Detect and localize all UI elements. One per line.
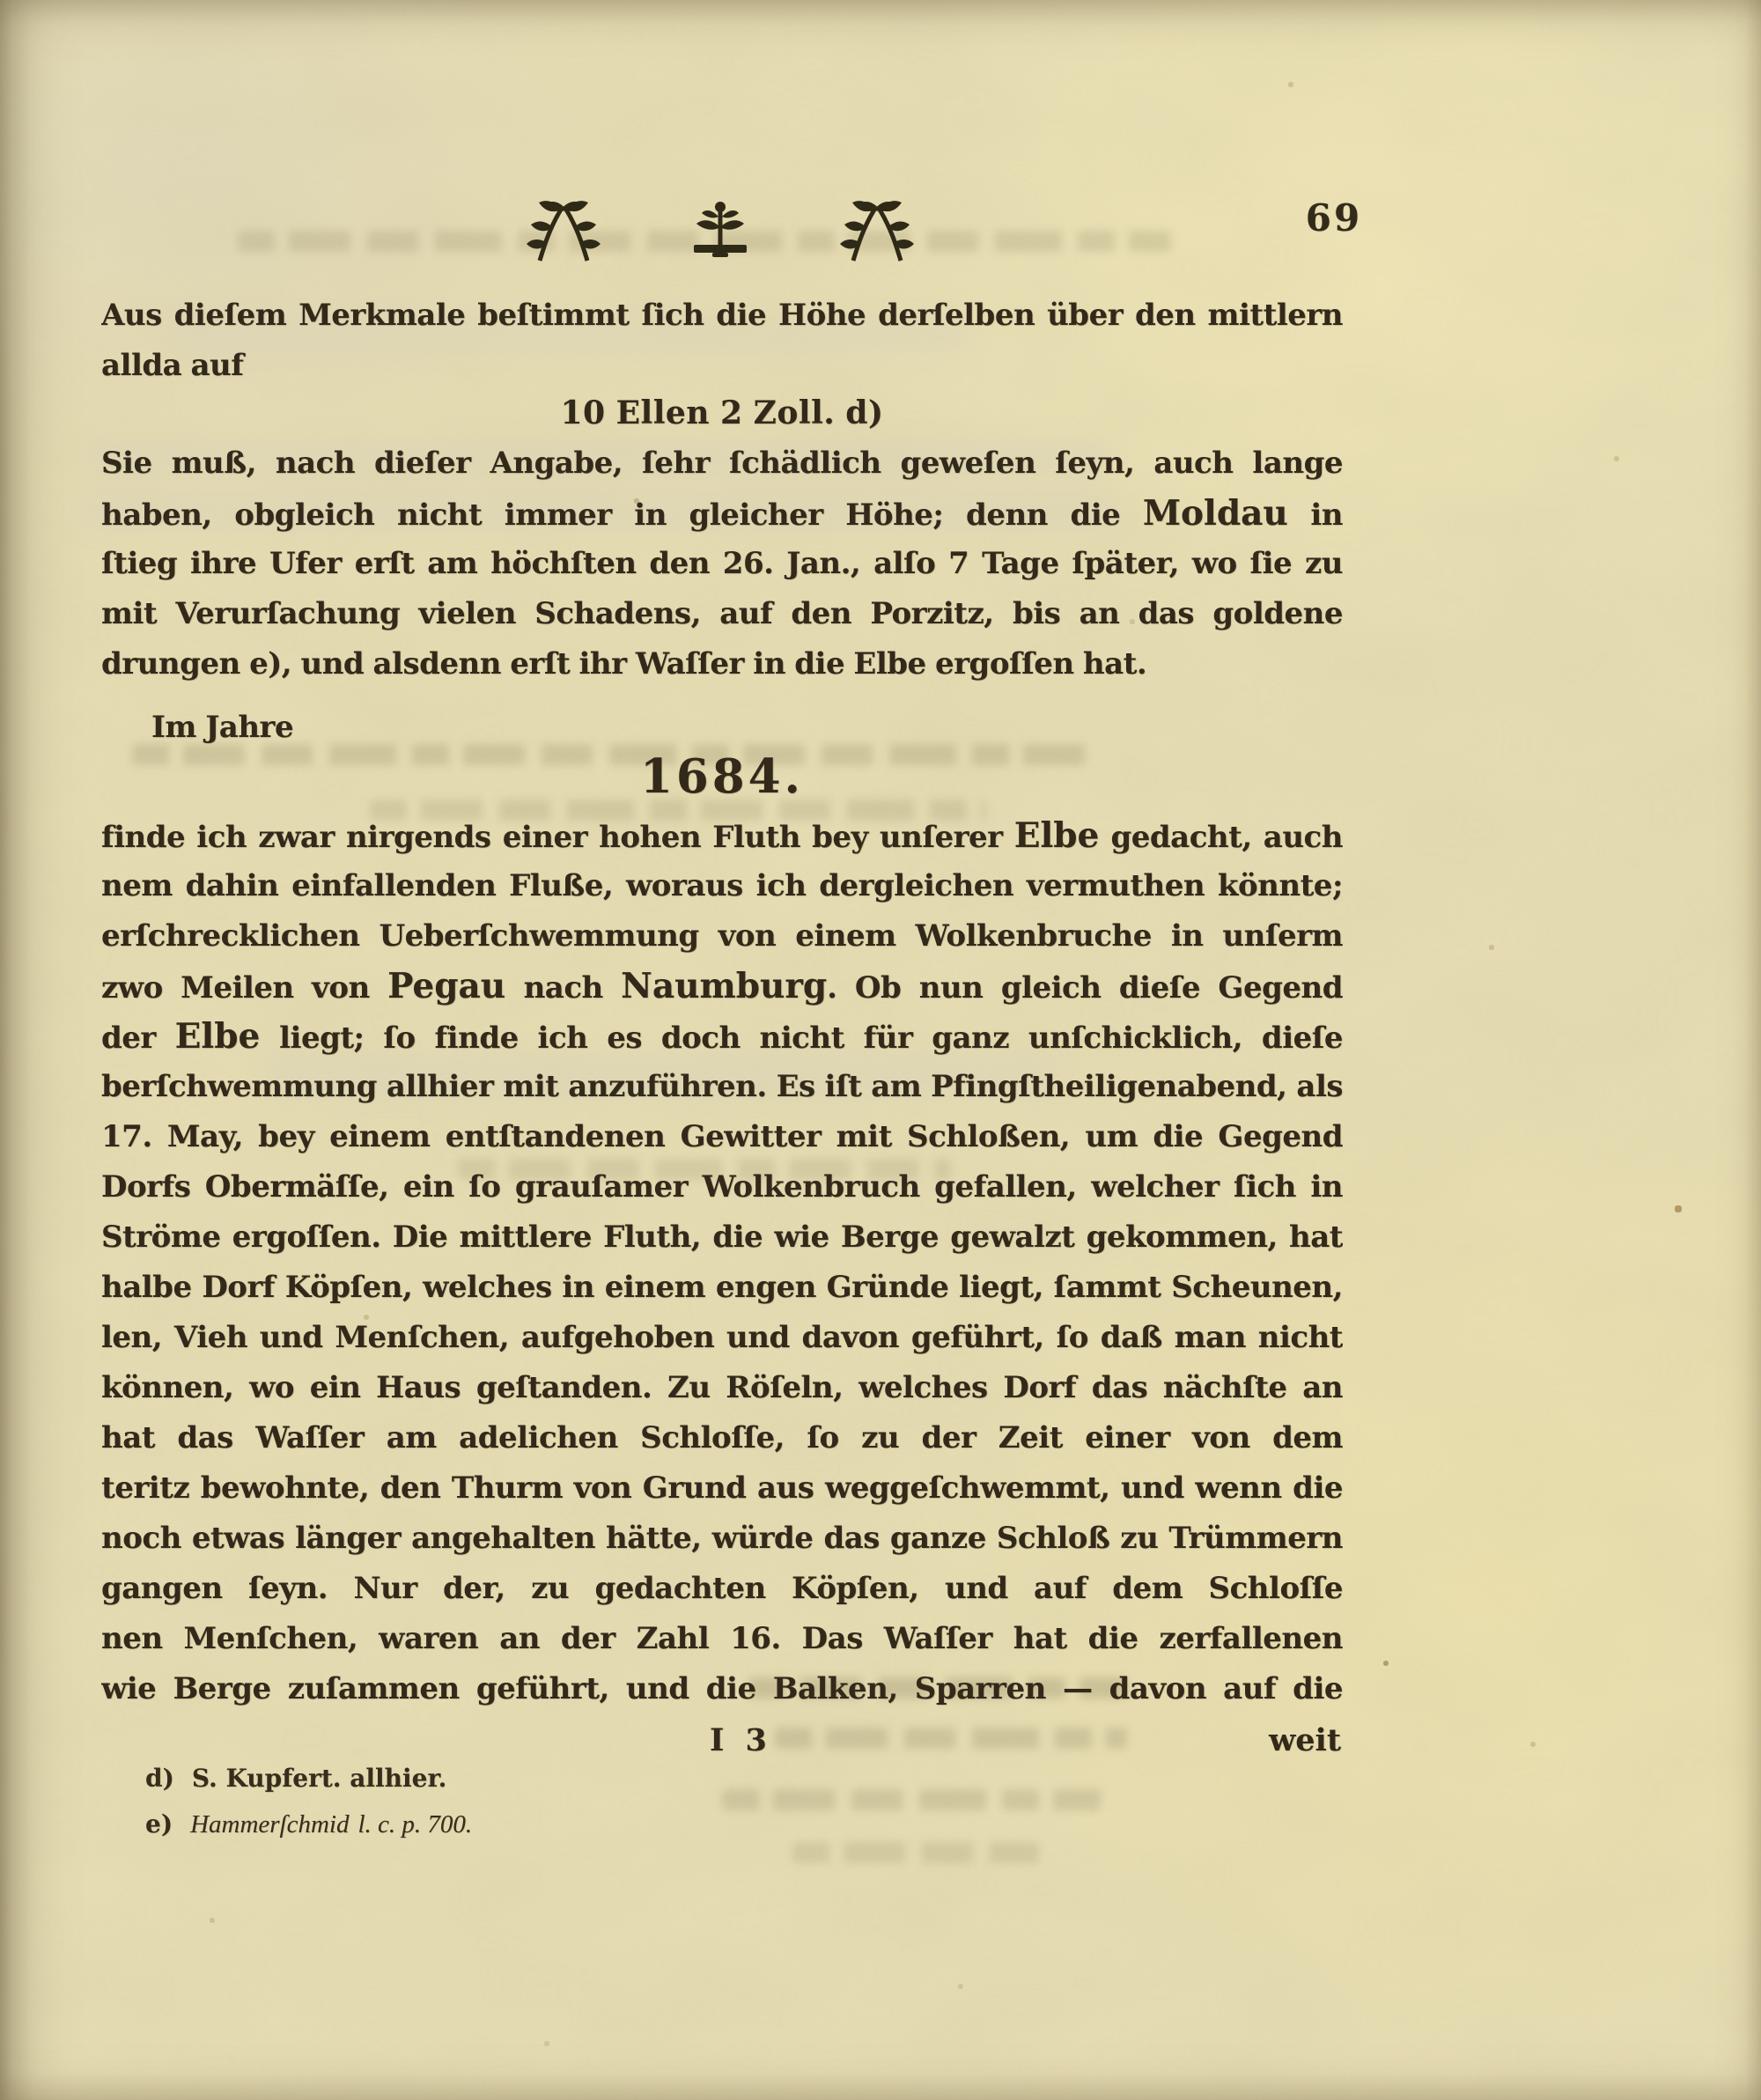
text-line: haben, obgleich nicht immer in gleicher … xyxy=(101,489,1343,539)
block-year: 1684. xyxy=(101,748,1343,806)
text-line: noch etwas länger angehalten hätte, würd… xyxy=(101,1514,1343,1564)
footnote-author: Hammerſchmid xyxy=(190,1810,349,1838)
text-segment: berſchwemmung allhier mit anzuführen. Es… xyxy=(101,1069,1343,1112)
block-para1: Aus dieſem Merkmale beſtimmt ſich die Hö… xyxy=(101,291,1343,391)
footnotes: d)S. Kupfert. allhier. e)Hammerſchmidl. … xyxy=(145,1756,1026,1847)
emphasized-word: Naumburg xyxy=(621,966,827,1006)
text-segment: gangen ſeyn. Nur der, zu gedachten Köpſe… xyxy=(101,1571,1343,1614)
text-segment: hat das Waſſer am adelichen Schloſſe, ſo… xyxy=(101,1420,1343,1463)
text-line: Im Jahre xyxy=(151,703,1343,753)
text-line: Ströme ergoſſen. Die mittlere Fluth, die… xyxy=(101,1212,1343,1263)
block-para3: finde ich zwar nirgends einer hohen Flut… xyxy=(101,811,1343,1714)
text-segment: nen Menſchen, waren an der Zahl 16. Das … xyxy=(101,1621,1343,1664)
emphasized-word: Pegau xyxy=(387,966,505,1006)
text-segment: Dorfs Obermäſſe, ein ſo grauſamer Wolken… xyxy=(101,1169,1343,1212)
text-line: mit Verurſachung vielen Schadens, auf de… xyxy=(101,589,1343,639)
text-line: 1684. xyxy=(101,748,1343,806)
text-segment: allda auf xyxy=(101,348,243,383)
text-line: Sie muß, nach dieſer Angabe, ſehr ſchädl… xyxy=(101,438,1343,489)
text-segment: liegt; ſo finde ich es doch nicht für ga… xyxy=(101,1021,1343,1062)
text-line: erſchrecklichen Ueberſchwemmung von eine… xyxy=(101,911,1343,962)
block-para2: Sie muß, nach dieſer Angabe, ſehr ſchädl… xyxy=(101,438,1343,689)
text-segment: haben, obgleich nicht immer in gleicher … xyxy=(101,497,1143,533)
emphasized-word: Elbe xyxy=(1014,815,1100,856)
text-line: teritz bewohnte, den Thurm von Grund aus… xyxy=(101,1463,1343,1514)
text-line: drungen e), und alsdenn erſt ihr Waſſer … xyxy=(101,639,1343,689)
text-line: wie Berge zuſammen geführt, und die Balk… xyxy=(101,1664,1343,1714)
text-segment: ſtieg ihre Ufer erſt am höchſten den 26.… xyxy=(101,546,1343,581)
emphasized-word: Elbe xyxy=(175,1016,261,1057)
text-line: ſtieg ihre Ufer erſt am höchſten den 26.… xyxy=(101,539,1343,589)
text-line: berſchwemmung allhier mit anzuführen. Es… xyxy=(101,1062,1343,1112)
scanned-book-page: 69 Aus dieſem Merkmale beſtimmt ſich die… xyxy=(0,0,1761,2100)
text-line: Dorfs Obermäſſe, ein ſo grauſamer Wolken… xyxy=(101,1162,1343,1212)
text-segment: 17. May, bey einem entſtandenen Gewitter… xyxy=(101,1119,1343,1162)
emphasized-word: Moldau xyxy=(1143,493,1288,534)
footnote-label: e) xyxy=(145,1802,173,1847)
text-line: finde ich zwar nirgends einer hohen Flut… xyxy=(101,811,1343,861)
text-line: zwo Meilen von Pegau nach Naumburg. Ob n… xyxy=(101,962,1343,1012)
text-line: nen Menſchen, waren an der Zahl 16. Das … xyxy=(101,1614,1343,1664)
text-line: Aus dieſem Merkmale beſtimmt ſich die Hö… xyxy=(101,291,1343,341)
text-segment: len, Vieh und Menſchen, aufgehoben und d… xyxy=(101,1320,1343,1363)
text-line: hat das Waſſer am adelichen Schloſſe, ſo… xyxy=(101,1413,1343,1463)
text-segment: nem dahin einfallenden Fluße, woraus ich… xyxy=(101,868,1343,911)
text-segment: in xyxy=(1288,497,1343,533)
footnote-label: d) xyxy=(145,1756,174,1802)
text-segment: Im Jahre xyxy=(151,710,293,745)
text-line: gangen ſeyn. Nur der, zu gedachten Köpſe… xyxy=(101,1564,1343,1614)
text-line: 10 Ellen 2 Zoll. d) xyxy=(101,388,1343,438)
text-line: halbe Dorf Köpſen, welches in einem enge… xyxy=(101,1263,1343,1313)
footnote-text: S. Kupfert. allhier. xyxy=(192,1764,447,1793)
footnote-text: l. c. p. 700. xyxy=(357,1810,472,1838)
text-segment: Sie muß, nach dieſer Angabe, ſehr ſchädl… xyxy=(101,446,1343,489)
text-segment: noch etwas länger angehalten hätte, würd… xyxy=(101,1521,1343,1564)
text-segment: 10 Ellen 2 Zoll. d) xyxy=(560,394,883,431)
text-line: können, wo ein Haus geſtanden. Zu Röſeln… xyxy=(101,1363,1343,1413)
text-segment: nach xyxy=(505,970,621,1006)
block-ellen: 10 Ellen 2 Zoll. d) xyxy=(101,388,1343,438)
text-segment: halbe Dorf Köpſen, welches in einem enge… xyxy=(101,1270,1343,1313)
text-segment: wie Berge zuſammen geführt, und die Balk… xyxy=(101,1671,1343,1714)
text-segment: erſchrecklichen Ueberſchwemmung von eine… xyxy=(101,918,1343,962)
footnote: e)Hammerſchmidl. c. p. 700. xyxy=(145,1802,1026,1847)
text-segment: können, wo ein Haus geſtanden. Zu Röſeln… xyxy=(101,1370,1343,1413)
text-line: der Elbe liegt; ſo finde ich es doch nic… xyxy=(101,1012,1343,1062)
text-segment: Aus dieſem Merkmale beſtimmt ſich die Hö… xyxy=(101,298,1343,341)
block-imjahre: Im Jahre xyxy=(101,703,1343,753)
text-line: 17. May, bey einem entſtandenen Gewitter… xyxy=(101,1112,1343,1162)
text-line: len, Vieh und Menſchen, aufgehoben und d… xyxy=(101,1313,1343,1363)
text-segment: 1684. xyxy=(640,749,804,804)
catchword: weit xyxy=(1269,1719,1341,1763)
text-segment: Ströme ergoſſen. Die mittlere Fluth, die… xyxy=(101,1219,1343,1263)
footnote: d)S. Kupfert. allhier. xyxy=(145,1756,1026,1802)
text-line: nem dahin einfallenden Fluße, woraus ich… xyxy=(101,861,1343,911)
text-segment: drungen e), und alsdenn erſt ihr Waſſer … xyxy=(101,646,1146,682)
paper-speckle xyxy=(0,0,2,2)
text-line: allda auf xyxy=(101,341,1343,391)
text-segment: mit Verurſachung vielen Schadens, auf de… xyxy=(101,596,1343,639)
text-segment: zwo Meilen von xyxy=(101,970,387,1006)
text-segment: teritz bewohnte, den Thurm von Grund aus… xyxy=(101,1470,1343,1514)
text-segment: finde ich zwar nirgends einer hohen Flut… xyxy=(101,820,1014,855)
text-segment: der xyxy=(101,1021,175,1056)
